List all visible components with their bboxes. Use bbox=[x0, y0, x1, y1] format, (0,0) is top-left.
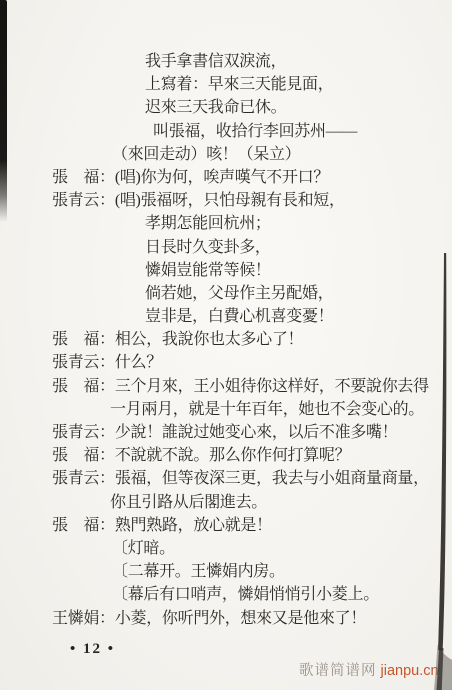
line-text: (唱)張福呀，只怕母親有長和短， bbox=[115, 192, 345, 209]
script-line: 孝期怎能回杭州； bbox=[0, 212, 452, 235]
line-text: 我手拿書信双淚流， bbox=[145, 53, 286, 70]
line-text: 什么？ bbox=[115, 354, 162, 371]
stage-direction: 〔幕后有口哨声，憐娟悄悄引小菱上。 bbox=[0, 583, 452, 606]
script-line: 張青云：張福，但等夜深三更，我去与小姐商量商量， bbox=[0, 467, 452, 490]
script-line: 叫張福，收拾行李回苏州—— bbox=[0, 120, 452, 143]
script-text-block: 我手拿書信双淚流， 上寫着：早來三天能見面， 迟來三天我命已休。 叫張福，收拾行… bbox=[0, 50, 452, 630]
page-number: • 12 • bbox=[70, 641, 115, 658]
scanned-script-page: 我手拿書信双淚流， 上寫着：早來三天能見面， 迟來三天我命已休。 叫張福，收拾行… bbox=[0, 0, 452, 690]
script-line: 豈非是，白費心机喜变憂！ bbox=[0, 305, 452, 328]
line-text: 三个月來，王小姐待你这样好，不要說你去得 bbox=[115, 378, 429, 395]
line-text: 孝期怎能回杭州； bbox=[145, 215, 271, 232]
line-text: 叫張福，收拾行李回苏州—— bbox=[153, 123, 357, 140]
script-line: （來回走动）咳！（呆立） bbox=[0, 143, 452, 166]
script-line: 張 福：相公，我說你也太多心了！ bbox=[0, 328, 452, 351]
script-line: 張青云：少說！誰說过她变心來，以后不准多嘴！ bbox=[0, 421, 452, 444]
script-line: 我手拿書信双淚流， bbox=[0, 50, 452, 73]
script-line: 張 福：三个月來，王小姐待你这样好，不要說你去得 bbox=[0, 375, 452, 398]
speaker-name: 張 福： bbox=[52, 375, 115, 398]
script-line: 王憐娟：小菱，你听門外，想來又是他來了！ bbox=[0, 607, 452, 630]
script-line: 張 福：(唱)你为何，唉声嘆气不开口？ bbox=[0, 166, 452, 189]
script-line: 張 福：熟門熟路，放心就是！ bbox=[0, 514, 452, 537]
line-text: 倘若她，父母作主另配婚， bbox=[145, 285, 333, 302]
script-line: 憐娟豈能常等候！ bbox=[0, 259, 452, 282]
script-line: 你且引路从后閣進去。 bbox=[0, 491, 452, 514]
speaker-name: 張 福： bbox=[52, 514, 115, 537]
line-text: 少說！誰說过她变心來，以后不准多嘴！ bbox=[115, 424, 398, 441]
line-text: (唱)你为何，唉声嘆气不开口？ bbox=[115, 169, 329, 186]
script-line: 迟來三天我命已休。 bbox=[0, 96, 452, 119]
line-text: 張福，但等夜深三更，我去与小姐商量商量， bbox=[115, 470, 429, 487]
line-text: 憐娟豈能常等候！ bbox=[145, 262, 271, 279]
speaker-name: 張青云： bbox=[52, 189, 115, 212]
speaker-name: 張青云： bbox=[52, 421, 115, 444]
watermark-site-name: 歌谱简谱网 bbox=[299, 663, 377, 679]
script-line: 張 福：不說就不說。那么你作何打算呢？ bbox=[0, 444, 452, 467]
line-text: 熟門熟路，放心就是！ bbox=[115, 517, 272, 534]
watermark: 歌谱简谱网 jianpu.cn bbox=[299, 659, 439, 680]
line-text: 日長时久变卦多， bbox=[145, 239, 271, 256]
watermark-site-url: jianpu.cn bbox=[381, 663, 439, 679]
script-line: 一月兩月，就是十年百年，她也不会变心的。 bbox=[0, 398, 452, 421]
line-text: 不說就不說。那么你作何打算呢？ bbox=[115, 447, 351, 464]
speaker-name: 張青云： bbox=[52, 351, 115, 374]
line-text: 〔灯暗。 bbox=[112, 540, 175, 557]
line-text: 相公，我說你也太多心了！ bbox=[115, 331, 303, 348]
script-line: 倘若她，父母作主另配婚， bbox=[0, 282, 452, 305]
script-line: 日長时久变卦多， bbox=[0, 236, 452, 259]
line-text: 一月兩月，就是十年百年，她也不会变心的。 bbox=[110, 401, 424, 418]
script-line: 張青云：什么？ bbox=[0, 351, 452, 374]
script-line: 上寫着：早來三天能見面， bbox=[0, 73, 452, 96]
line-text: 上寫着：早來三天能見面， bbox=[145, 76, 333, 93]
speaker-name: 張 福： bbox=[52, 328, 115, 351]
line-text: 你且引路从后閣進去。 bbox=[110, 494, 267, 511]
line-text: 小菱，你听門外，想來又是他來了！ bbox=[115, 610, 366, 627]
line-text: 〔幕后有口哨声，憐娟悄悄引小菱上。 bbox=[112, 586, 379, 603]
speaker-name: 張青云： bbox=[52, 467, 115, 490]
line-text: 〔二幕开。王憐娟内房。 bbox=[112, 563, 285, 580]
line-text: （來回走动）咳！（呆立） bbox=[112, 146, 300, 163]
speaker-name: 王憐娟： bbox=[52, 607, 115, 630]
stage-direction: 〔灯暗。 bbox=[0, 537, 452, 560]
line-text: 迟來三天我命已休。 bbox=[145, 99, 286, 116]
stage-direction: 〔二幕开。王憐娟内房。 bbox=[0, 560, 452, 583]
speaker-name: 張 福： bbox=[52, 444, 115, 467]
speaker-name: 張 福： bbox=[52, 166, 115, 189]
line-text: 豈非是，白費心机喜变憂！ bbox=[145, 308, 333, 325]
script-line: 張青云：(唱)張福呀，只怕母親有長和短， bbox=[0, 189, 452, 212]
